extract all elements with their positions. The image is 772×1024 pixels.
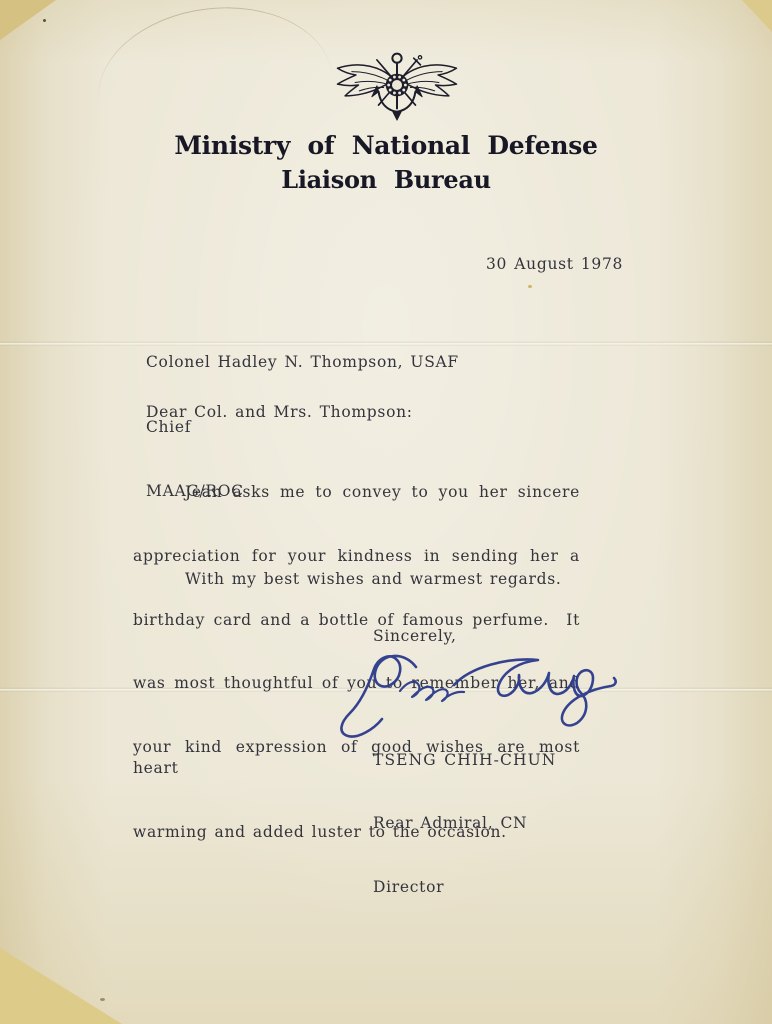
valediction: Sincerely,	[373, 627, 457, 645]
signer-typed-name: TSENG CHIH-CHUN	[373, 750, 556, 771]
body-line: was most thoughtful of you to remember h…	[133, 673, 580, 694]
letterhead-department: Liaison Bureau	[0, 165, 772, 194]
paper-speck	[528, 285, 532, 288]
torn-corner-top-left	[0, 0, 56, 40]
gear-ring	[386, 74, 409, 97]
salutation: Dear Col. and Mrs. Thompson:	[146, 403, 413, 421]
letterhead-organization: Ministry of National Defense	[0, 131, 772, 160]
letter-date: 30 August 1978	[486, 255, 623, 273]
recipient-name-line: Colonel Hadley N. Thompson, USAF	[146, 352, 459, 374]
body-line: birthday card and a bottle of famous per…	[133, 610, 580, 631]
torn-corner-top-right	[742, 0, 772, 32]
body-line: appreciation for your kindness in sendin…	[133, 546, 580, 567]
body-line: Jean asks me to convey to you her sincer…	[133, 482, 580, 503]
signer-title: Director	[373, 877, 556, 898]
paper-speck	[43, 19, 46, 22]
signer-block: TSENG CHIH-CHUN Rear Admiral, CN Directo…	[373, 707, 556, 941]
paper-speck	[100, 998, 105, 1001]
ministry-emblem-icon	[330, 46, 464, 124]
signer-rank: Rear Admiral, CN	[373, 813, 556, 834]
letter-page: Ministry of National Defense Liaison Bur…	[0, 0, 772, 1024]
closing-line: With my best wishes and warmest regards.	[185, 570, 562, 588]
torn-corner-bottom-left	[0, 948, 122, 1024]
